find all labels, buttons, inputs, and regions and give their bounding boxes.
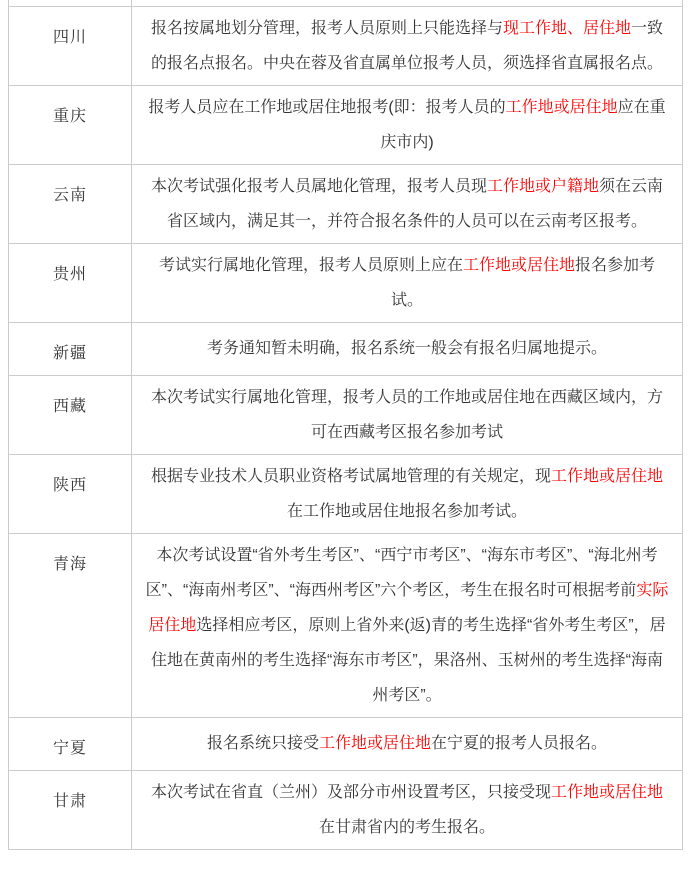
description-cell: 考务通知暂未明确，报名系统一般会有报名归属地提示。 xyxy=(132,322,683,375)
table-row: 云南本次考试强化报考人员属地化管理，报考人员现工作地或户籍地须在云南省区域内，满… xyxy=(9,164,683,243)
description-cell: 本次考试实行属地化管理，报考人员的工作地或居住地在西藏区域内，方可在西藏考区报名… xyxy=(132,375,683,454)
text-segment: 考试实行属地化管理，报考人员原则上应在 xyxy=(159,257,463,274)
province-cell: 新疆 xyxy=(9,322,132,375)
table-row: 贵州考试实行属地化管理，报考人员原则上应在工作地或居住地报名参加考试。 xyxy=(9,243,683,322)
highlighted-text-segment: 工作地或居住地 xyxy=(551,468,663,485)
description-cell: 本次考试设置“省外考生考区”、“西宁市考区”、“海东市考区”、“海北州考区”、“… xyxy=(132,533,683,717)
description-cell: 本次考试强化报考人员属地化管理，报考人员现工作地或户籍地须在云南省区域内，满足其… xyxy=(132,164,683,243)
highlighted-text-segment: 工作地或居住地 xyxy=(319,735,431,752)
text-segment: 本次考试在省直（兰州）及部分市州设置考区，只接受现 xyxy=(151,784,551,801)
text-segment: 本次考试强化报考人员属地化管理，报考人员现 xyxy=(151,178,487,195)
table-body: 四川报名按属地划分管理，报考人员原则上只能选择与现工作地、居住地一致的报名点报名… xyxy=(9,0,683,849)
text-segment: 本次考试实行属地化管理，报考人员的工作地或居住地在西藏区域内，方可在西藏考区报名… xyxy=(151,389,663,441)
table-row: 陕西根据专业技术人员职业资格考试属地管理的有关规定，现工作地或居住地在工作地或居… xyxy=(9,454,683,533)
table-row: 重庆报考人员应在工作地或居住地报考(即：报考人员的工作地或居住地应在重庆市内) xyxy=(9,85,683,164)
table-row: 宁夏报名系统只接受工作地或居住地在宁夏的报考人员报名。 xyxy=(9,717,683,770)
description-cell: 本次考试在省直（兰州）及部分市州设置考区，只接受现工作地或居住地在甘肃省内的考生… xyxy=(132,770,683,849)
text-segment: 考务通知暂未明确，报名系统一般会有报名归属地提示。 xyxy=(207,340,607,357)
text-segment: 报名系统只接受 xyxy=(207,735,319,752)
highlighted-text-segment: 工作地或户籍地 xyxy=(487,178,599,195)
highlighted-text-segment: 工作地或居住地 xyxy=(551,784,663,801)
province-cell: 重庆 xyxy=(9,85,132,164)
province-cell: 陕西 xyxy=(9,454,132,533)
description-cell: 考试实行属地化管理，报考人员原则上应在工作地或居住地报名参加考试。 xyxy=(132,243,683,322)
table-row: 甘肃本次考试在省直（兰州）及部分市州设置考区，只接受现工作地或居住地在甘肃省内的… xyxy=(9,770,683,849)
province-cell: 四川 xyxy=(9,6,132,85)
text-segment: 报名按属地划分管理，报考人员原则上只能选择与 xyxy=(151,20,503,37)
text-segment: 报考人员应在工作地或居住地报考(即：报考人员的 xyxy=(148,99,505,116)
highlighted-text-segment: 现工作地、居住地 xyxy=(503,20,631,37)
text-segment: 根据专业技术人员职业资格考试属地管理的有关规定，现 xyxy=(151,468,551,485)
table-row: 青海本次考试设置“省外考生考区”、“西宁市考区”、“海东市考区”、“海北州考区”… xyxy=(9,533,683,717)
province-cell: 甘肃 xyxy=(9,770,132,849)
province-cell: 贵州 xyxy=(9,243,132,322)
highlighted-text-segment: 工作地或居住地 xyxy=(463,257,575,274)
description-cell: 报考人员应在工作地或居住地报考(即：报考人员的工作地或居住地应在重庆市内) xyxy=(132,85,683,164)
description-cell: 根据专业技术人员职业资格考试属地管理的有关规定，现工作地或居住地在工作地或居住地… xyxy=(132,454,683,533)
province-cell: 云南 xyxy=(9,164,132,243)
text-segment: 选择相应考区，原则上省外来(返)青的考生选择“省外考生考区”，居住地在黄南州的考… xyxy=(151,617,666,704)
province-cell: 西藏 xyxy=(9,375,132,454)
description-cell: 报名按属地划分管理，报考人员原则上只能选择与现工作地、居住地一致的报名点报名。中… xyxy=(132,6,683,85)
article-page: 四川报名按属地划分管理，报考人员原则上只能选择与现工作地、居住地一致的报名点报名… xyxy=(0,0,690,850)
highlighted-text-segment: 工作地或居住地 xyxy=(506,99,618,116)
province-cell: 青海 xyxy=(9,533,132,717)
province-cell: 宁夏 xyxy=(9,717,132,770)
description-cell: 报名系统只接受工作地或居住地在宁夏的报考人员报名。 xyxy=(132,717,683,770)
text-segment: 在工作地或居住地报名参加考试。 xyxy=(287,503,527,520)
text-segment: 在宁夏的报考人员报名。 xyxy=(431,735,607,752)
text-segment: 本次考试设置“省外考生考区”、“西宁市考区”、“海东市考区”、“海北州考区”、“… xyxy=(146,547,658,599)
table-row: 新疆考务通知暂未明确，报名系统一般会有报名归属地提示。 xyxy=(9,322,683,375)
province-registration-rules-table: 四川报名按属地划分管理，报考人员原则上只能选择与现工作地、居住地一致的报名点报名… xyxy=(8,0,683,850)
text-segment: 在甘肃省内的考生报名。 xyxy=(319,819,495,836)
table-row: 四川报名按属地划分管理，报考人员原则上只能选择与现工作地、居住地一致的报名点报名… xyxy=(9,6,683,85)
table-row: 西藏本次考试实行属地化管理，报考人员的工作地或居住地在西藏区域内，方可在西藏考区… xyxy=(9,375,683,454)
